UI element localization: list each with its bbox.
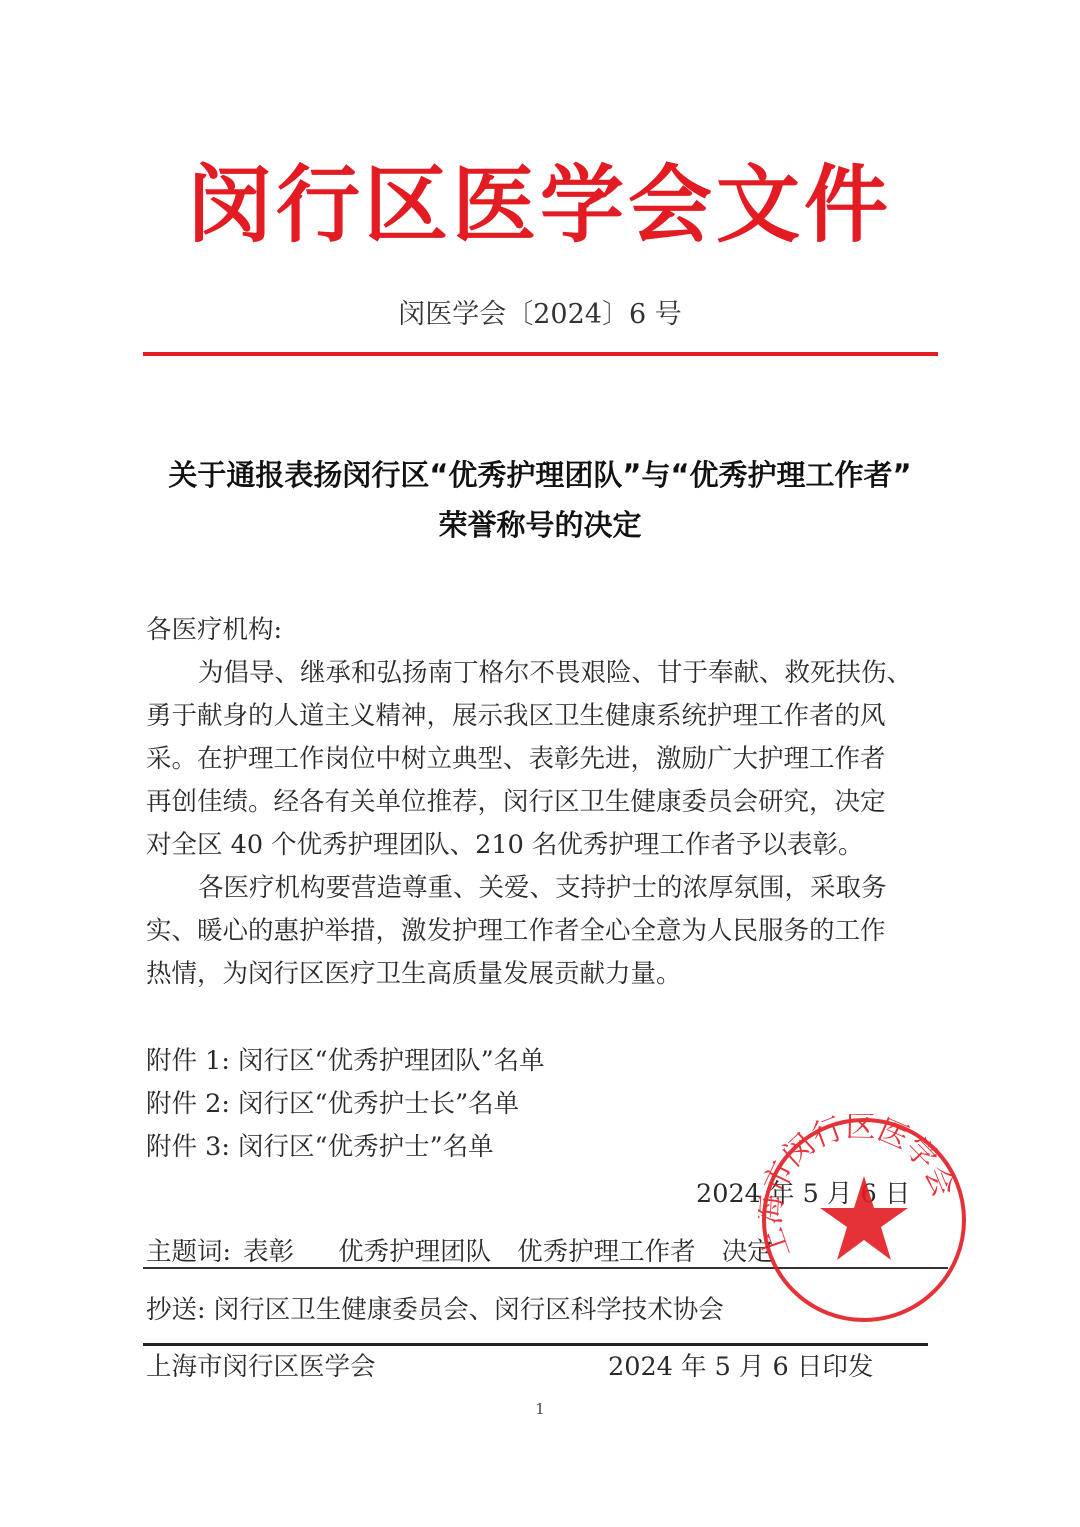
paragraph2-line: 各医疗机构要营造尊重、关爱、支持护士的浓厚氛围，采取务	[198, 867, 887, 910]
footer-divider	[143, 1343, 928, 1346]
document-number: 闵医学会〔2024〕6 号	[0, 292, 1080, 331]
paragraph1-line: 采。在护理工作岗位中树立典型、表彰先进，激励广大护理工作者	[146, 738, 886, 781]
topic-word: 优秀护理团队	[338, 1237, 491, 1267]
print-date: 2024 年 5 月 6 日印发	[608, 1347, 873, 1383]
red-divider	[143, 352, 938, 356]
topic-label: 主题词:	[146, 1237, 231, 1267]
topic-word: 优秀护理工作者	[517, 1237, 696, 1267]
paragraph1-line: 勇于献身的人道主义精神，展示我区卫生健康系统护理工作者的风	[146, 695, 886, 738]
attachment-1: 附件 1: 闵行区“优秀护理团队”名单	[146, 1040, 545, 1083]
attachment-3: 附件 3: 闵行区“优秀护士”名单	[146, 1126, 494, 1169]
masthead-title: 闵行区医学会文件	[0, 150, 1080, 260]
paragraph1-line: 再创佳绩。经各有关单位推荐，闵行区卫生健康委员会研究，决定	[146, 781, 886, 824]
attachment-2: 附件 2: 闵行区“优秀护士长”名单	[146, 1083, 519, 1126]
issuer: 上海市闵行区医学会	[146, 1347, 376, 1383]
paragraph1-line: 对全区 40 个优秀护理团队、210 名优秀护理工作者予以表彰。	[146, 824, 863, 867]
official-seal-icon: 上海市闵行区医学会	[758, 1114, 970, 1326]
cc-recipients: 抄送: 闵行区卫生健康委员会、闵行区科学技术协会	[146, 1290, 724, 1326]
paragraph2-line: 实、暖心的惠护举措，激发护理工作者全心全意为人民服务的工作	[146, 910, 886, 953]
page-number: 1	[0, 1400, 1080, 1418]
paragraph1-line: 为倡导、继承和弘扬南丁格尔不畏艰险、甘于奉献、救死扶伤、	[198, 652, 912, 695]
document-title-line1: 关于通报表扬闵行区“优秀护理团队”与“优秀护理工作者”	[100, 452, 980, 498]
topic-word: 表彰	[243, 1237, 294, 1267]
salutation: 各医疗机构:	[146, 609, 282, 652]
paragraph2-line: 热情，为闵行区医疗卫生高质量发展贡献力量。	[146, 953, 682, 996]
topic-words: 主题词:表彰优秀护理团队优秀护理工作者决定	[146, 1232, 799, 1268]
document-title-line2: 荣誉称号的决定	[100, 502, 980, 548]
